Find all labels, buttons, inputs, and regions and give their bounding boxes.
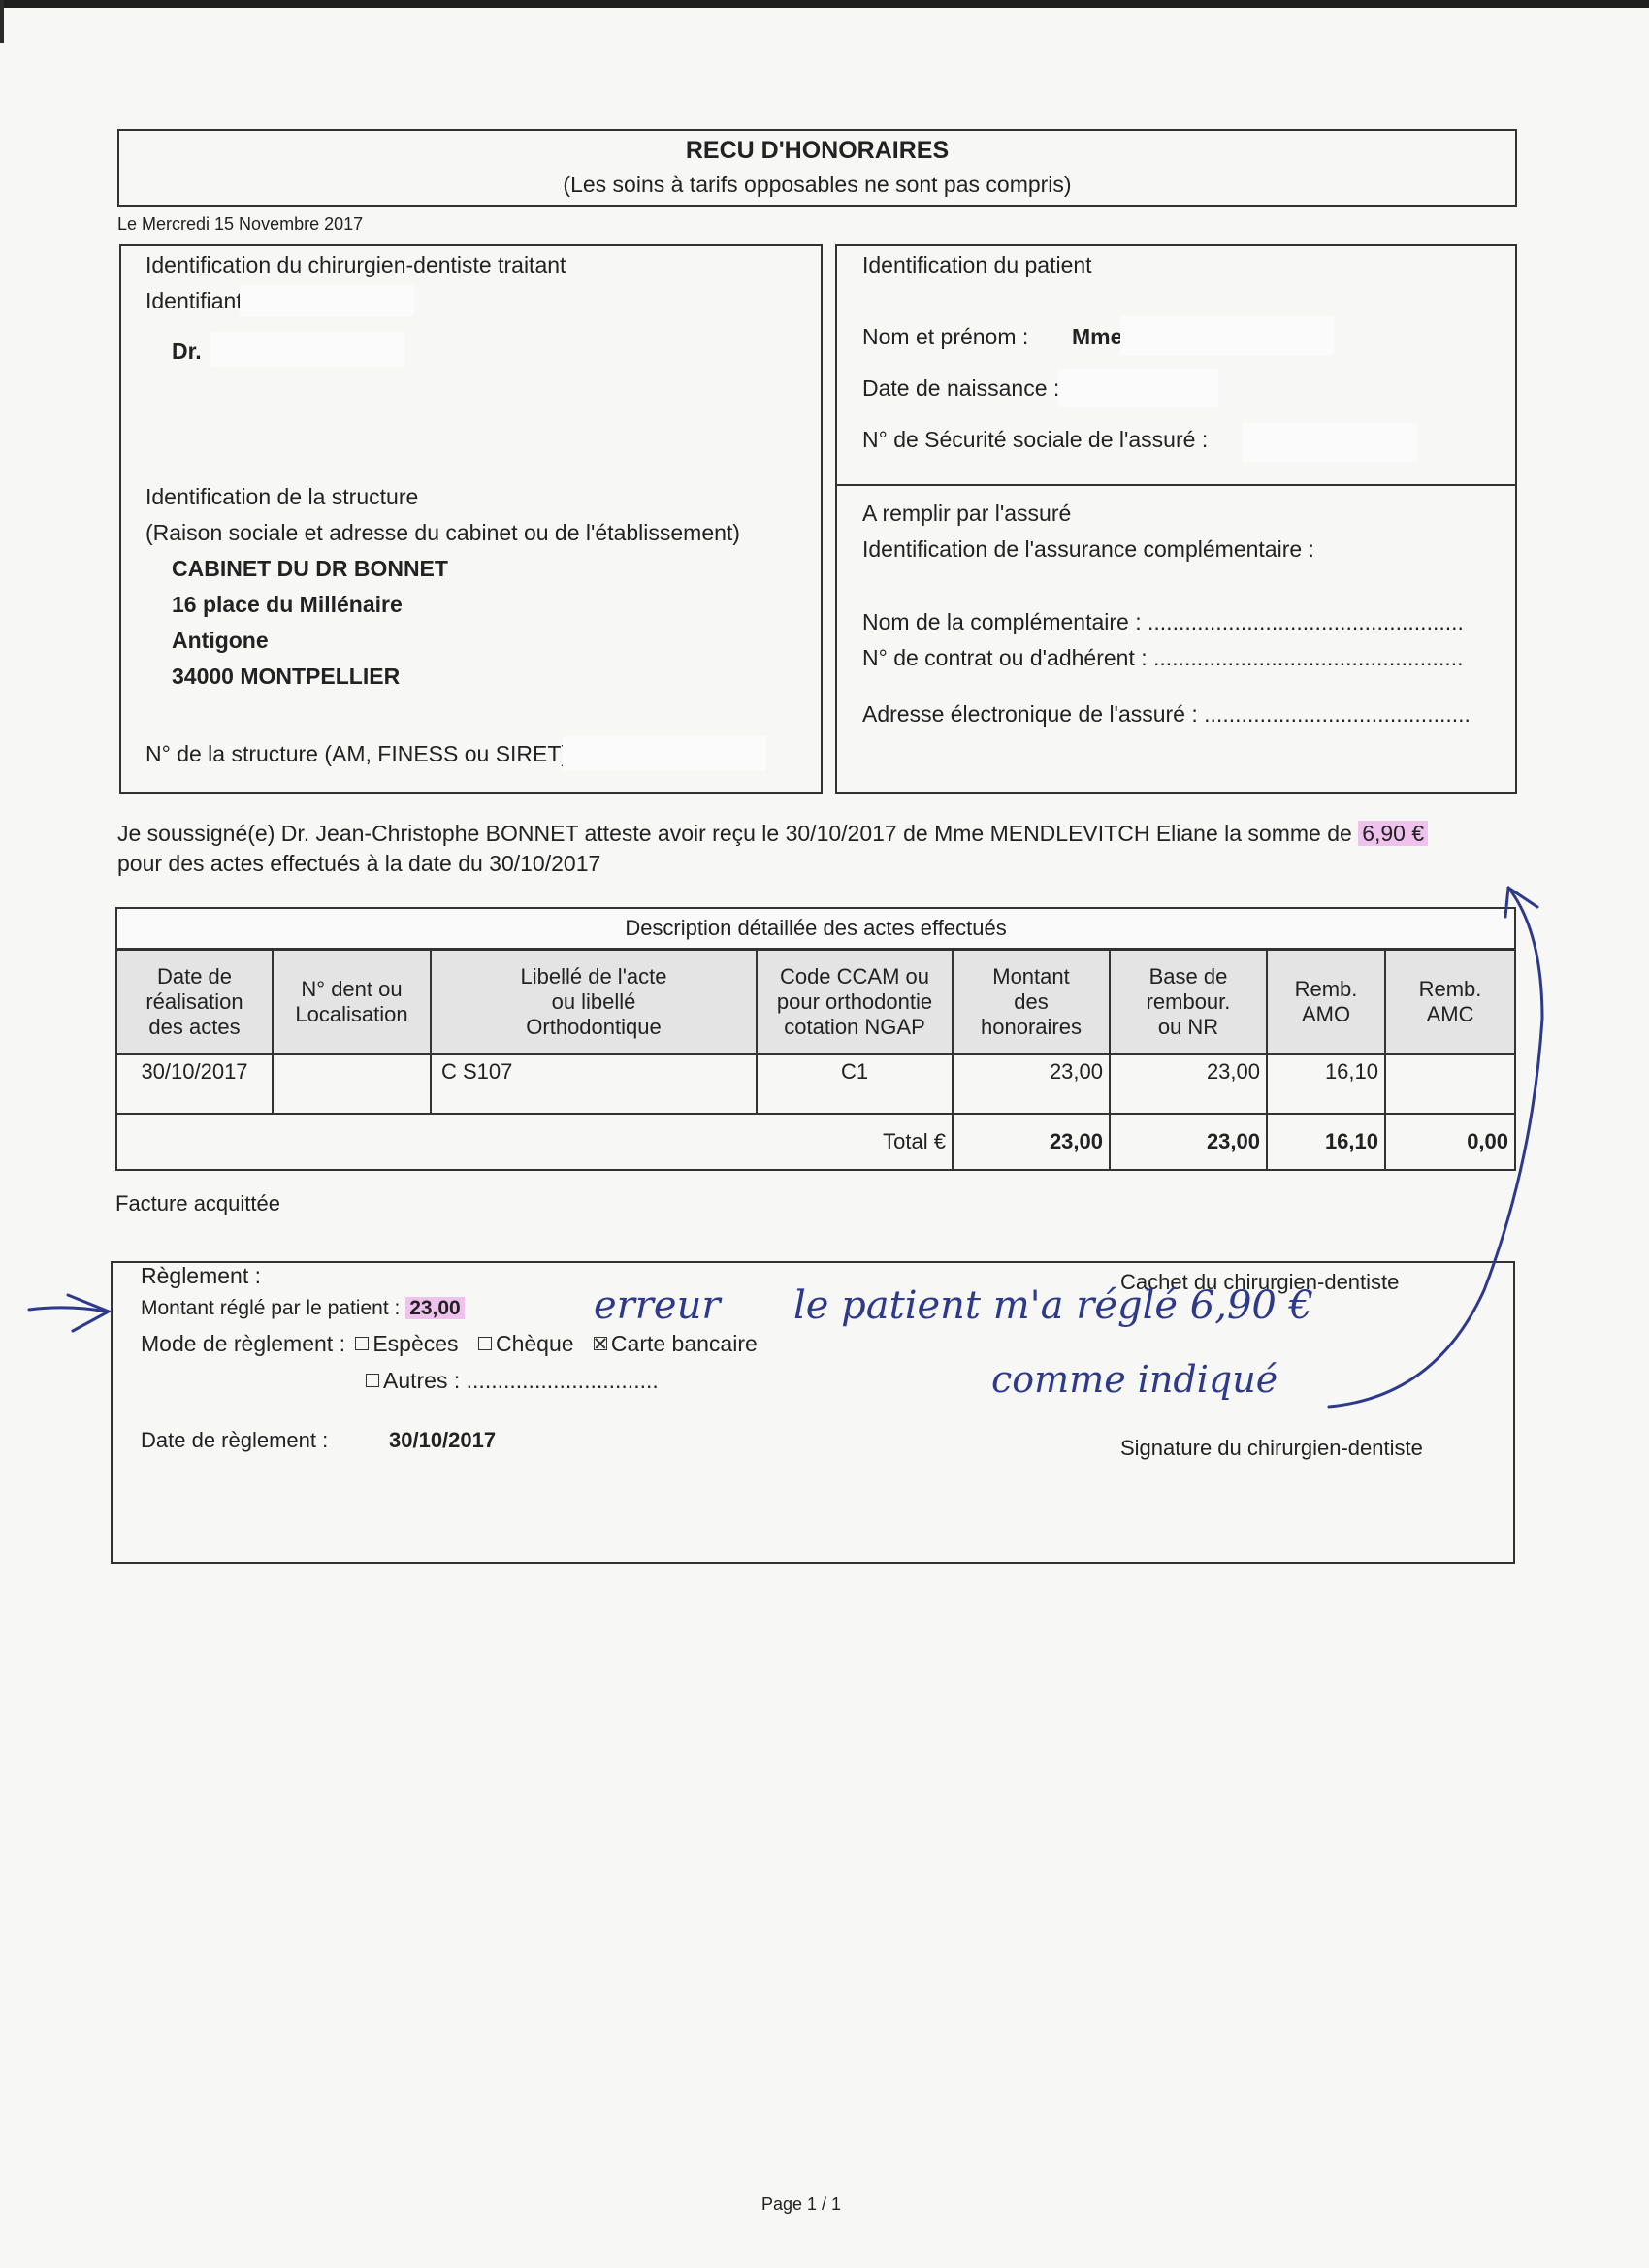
column-header: Remb.AMC: [1385, 950, 1515, 1055]
birth-date-redacted: [1058, 369, 1218, 407]
scan-edge-top: [0, 0, 1649, 8]
structure-subheading: (Raison sociale et adresse du cabinet ou…: [145, 520, 740, 546]
table-cell: [1385, 1054, 1515, 1114]
structure-street: 16 place du Millénaire: [172, 592, 403, 618]
acts-table: Description détaillée des actes effectué…: [115, 907, 1516, 1171]
column-header: Date deréalisationdes actes: [116, 950, 273, 1055]
mode-cheque[interactable]: Chèque: [478, 1331, 574, 1356]
structure-heading: Identification de la structure: [145, 484, 418, 510]
table-cell: C S107: [431, 1054, 757, 1114]
checkbox-carte-bancaire-checked[interactable]: [594, 1337, 607, 1350]
payment-date-label: Date de règlement :: [141, 1428, 328, 1453]
patient-box: Identification du patient Nom et prénom …: [835, 244, 1517, 794]
attestation-line-1: Je soussigné(e) Dr. Jean-Christophe BONN…: [117, 821, 1428, 847]
total-base: 23,00: [1110, 1114, 1267, 1170]
patient-box-divider: [837, 484, 1515, 486]
payment-mode-label: Mode de règlement :: [141, 1331, 345, 1356]
mode-especes[interactable]: Espèces: [355, 1331, 458, 1356]
table-caption: Description détaillée des actes effectué…: [116, 908, 1515, 950]
amount-paid-value-highlighted: 23,00: [405, 1297, 465, 1319]
table-header-row: Date deréalisationdes actesN° dent ouLoc…: [116, 950, 1515, 1055]
practitioner-heading: Identification du chirurgien-dentiste tr…: [145, 252, 566, 278]
scan-edge-left: [0, 0, 4, 43]
signature-label: Signature du chirurgien-dentiste: [1120, 1436, 1423, 1461]
contract-number-field[interactable]: N° de contrat ou d'adhérent : ..........…: [862, 645, 1464, 671]
payment-heading: Règlement :: [141, 1263, 261, 1289]
column-header: Montantdeshonoraires: [953, 950, 1110, 1055]
attestation-text: Je soussigné(e) Dr. Jean-Christophe BONN…: [117, 821, 1352, 846]
column-header: Libellé de l'acteou libelléOrthodontique: [431, 950, 757, 1055]
ssn-redacted: [1243, 423, 1417, 462]
structure-district: Antigone: [172, 628, 269, 654]
patient-name-prefix: Mme: [1072, 324, 1122, 350]
handwritten-note-line-2: comme indiqué: [991, 1358, 1277, 1401]
table-cell: [273, 1054, 431, 1114]
email-field[interactable]: Adresse électronique de l'assuré : .....…: [862, 701, 1471, 728]
total-amc: 0,00: [1385, 1114, 1515, 1170]
column-header: N° dent ouLocalisation: [273, 950, 431, 1055]
table-cell: 30/10/2017: [116, 1054, 273, 1114]
table-cell: 23,00: [1110, 1054, 1267, 1114]
column-header: Base derembour.ou NR: [1110, 950, 1267, 1055]
left-arrow-icon: [29, 1308, 107, 1312]
amount-paid-row: Montant réglé par le patient : 23,00: [141, 1297, 465, 1320]
table-cell: C1: [757, 1054, 953, 1114]
autres-dots: ...............................: [467, 1368, 659, 1393]
contract-number-label: N° de contrat ou d'adhérent :: [862, 645, 1148, 670]
attestation-line-2: pour des actes effectués à la date du 30…: [117, 851, 600, 877]
practitioner-box: Identification du chirurgien-dentiste tr…: [119, 244, 823, 794]
amount-paid-label: Montant réglé par le patient :: [141, 1297, 400, 1319]
structure-number-redacted: [563, 736, 766, 771]
email-dots: ........................................…: [1204, 701, 1471, 727]
structure-name: CABINET DU DR BONNET: [172, 556, 448, 582]
total-honoraires: 23,00: [953, 1114, 1110, 1170]
patient-heading: Identification du patient: [862, 252, 1092, 278]
table-row: 30/10/2017C S107C123,0023,0016,10: [116, 1054, 1515, 1114]
table-cell: 16,10: [1267, 1054, 1385, 1114]
total-amo: 16,10: [1267, 1114, 1385, 1170]
payment-date-value: 30/10/2017: [389, 1428, 496, 1453]
checkbox-autres[interactable]: [366, 1374, 379, 1387]
document-subtitle: (Les soins à tarifs opposables ne sont p…: [119, 172, 1515, 198]
title-box: RECU D'HONORAIRES (Les soins à tarifs op…: [117, 129, 1517, 207]
practitioner-name-redacted: [210, 332, 404, 367]
payment-mode-row: Mode de règlement : Espèces Chèque Carte…: [141, 1331, 758, 1357]
structure-number-label: N° de la structure (AM, FINESS ou SIRET)…: [145, 741, 581, 767]
total-label: Total €: [116, 1114, 953, 1170]
table-cell: 23,00: [953, 1054, 1110, 1114]
table-total-row: Total € 23,00 23,00 16,10 0,00: [116, 1114, 1515, 1170]
ssn-label: N° de Sécurité sociale de l'assuré :: [862, 427, 1208, 453]
checkbox-cheque[interactable]: [478, 1337, 492, 1350]
birth-date-label: Date de naissance :: [862, 375, 1059, 402]
email-label: Adresse électronique de l'assuré :: [862, 701, 1198, 727]
handwritten-error-word: erreur: [594, 1283, 720, 1328]
table-caption-row: Description détaillée des actes effectué…: [116, 908, 1515, 950]
rpps-value-redacted: [240, 285, 414, 316]
document-title: RECU D'HONORAIRES: [119, 137, 1515, 165]
attestation-amount-highlighted: 6,90 €: [1358, 821, 1428, 846]
complementary-name-label: Nom de la complémentaire :: [862, 609, 1142, 634]
document-date: Le Mercredi 15 Novembre 2017: [117, 214, 363, 235]
complementary-name-field[interactable]: Nom de la complémentaire : .............…: [862, 609, 1464, 635]
complementary-name-dots: ........................................…: [1148, 609, 1464, 634]
patient-name-label: Nom et prénom :: [862, 324, 1028, 350]
mode-carte-bancaire[interactable]: Carte bancaire: [594, 1331, 758, 1356]
practitioner-name-prefix: Dr.: [172, 339, 202, 365]
invoice-status: Facture acquittée: [115, 1191, 280, 1216]
patient-name-redacted: [1120, 316, 1334, 355]
contract-number-dots: ........................................…: [1153, 645, 1464, 670]
mode-autres[interactable]: Autres : ...............................: [366, 1368, 659, 1394]
complementary-heading: Identification de l'assurance complément…: [862, 536, 1314, 563]
page-number: Page 1 / 1: [761, 2194, 841, 2215]
column-header: Remb.AMO: [1267, 950, 1385, 1055]
insured-heading: A remplir par l'assuré: [862, 501, 1071, 527]
handwritten-note-line-1: le patient m'a réglé 6,90 €: [793, 1283, 1313, 1328]
column-header: Code CCAM oupour orthodontiecotation NGA…: [757, 950, 953, 1055]
checkbox-especes[interactable]: [355, 1337, 369, 1350]
structure-city: 34000 MONTPELLIER: [172, 664, 400, 690]
